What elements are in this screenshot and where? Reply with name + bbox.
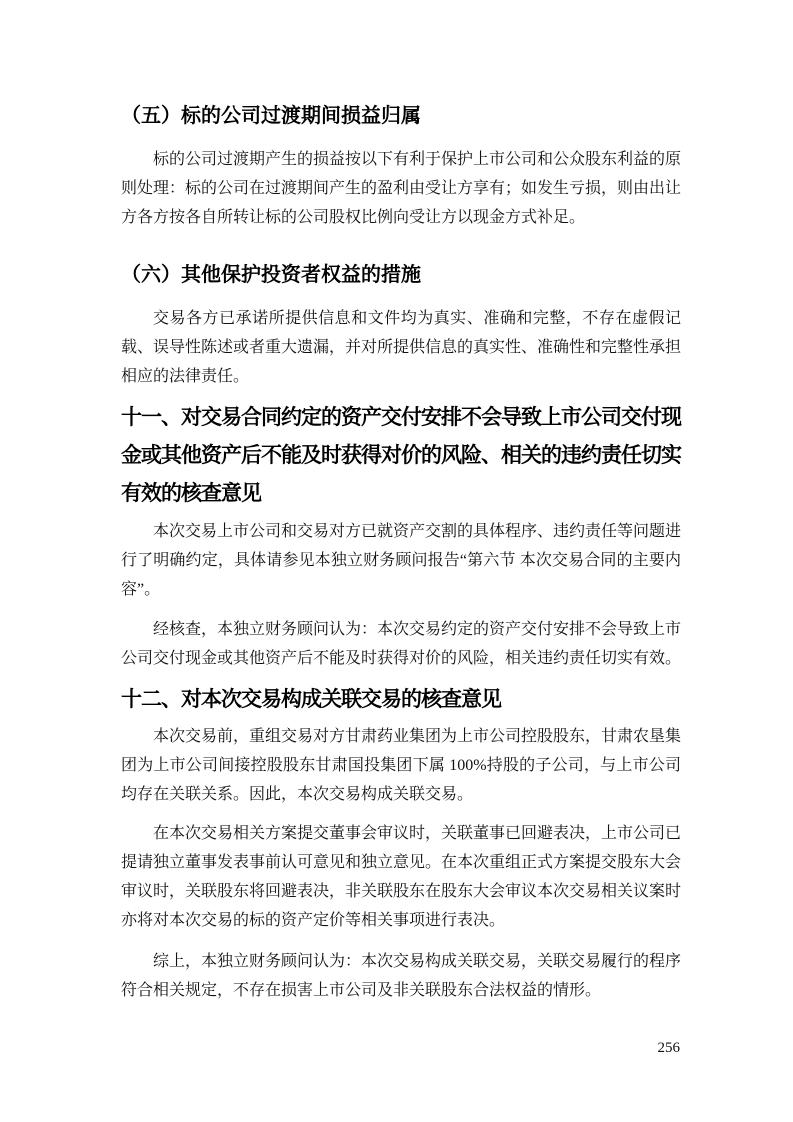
paragraph-related-party-relationship: 本次交易前，重组交易对方甘肃药业集团为上市公司控股股东，甘肃农垦集团为上市公司间…	[121, 722, 681, 809]
paragraph-board-voting-procedure: 在本次交易相关方案提交董事会审议时，关联董事已回避表决，上市公司已提请独立董事发…	[121, 819, 681, 935]
chapter-heading-11: 十一、对交易合同约定的资产交付安排不会导致上市公司交付现金或其他资产后不能及时获…	[121, 399, 681, 513]
page-number: 256	[658, 1038, 681, 1058]
chapter-heading-12: 十二、对本次交易构成关联交易的核查意见	[121, 681, 681, 719]
paragraph-transition-profit-loss: 标的公司过渡期产生的损益按以下有利于保护上市公司和公众股东利益的原则处理：标的公…	[121, 145, 681, 232]
paragraph-investor-protection: 交易各方已承诺所提供信息和文件均为真实、准确和完整，不存在虚假记载、误导性陈述或…	[121, 304, 681, 391]
section-heading-6: （六）其他保护投资者权益的措施	[121, 262, 681, 288]
document-page: （五）标的公司过渡期间损益归属 标的公司过渡期产生的损益按以下有利于保护上市公司…	[0, 0, 793, 1122]
paragraph-advisor-opinion-delivery: 经核查，本独立财务顾问认为：本次交易约定的资产交付安排不会导致上市公司交付现金或…	[121, 615, 681, 673]
paragraph-advisor-opinion-related-party: 综上，本独立财务顾问认为：本次交易构成关联交易，关联交易履行的程序符合相关规定，…	[121, 947, 681, 1005]
section-heading-5: （五）标的公司过渡期间损益归属	[121, 103, 681, 129]
paragraph-delivery-arrangement: 本次交易上市公司和交易对方已就资产交割的具体程序、违约责任等问题进行了明确约定，…	[121, 517, 681, 604]
document-content: （五）标的公司过渡期间损益归属 标的公司过渡期产生的损益按以下有利于保护上市公司…	[0, 0, 793, 1005]
